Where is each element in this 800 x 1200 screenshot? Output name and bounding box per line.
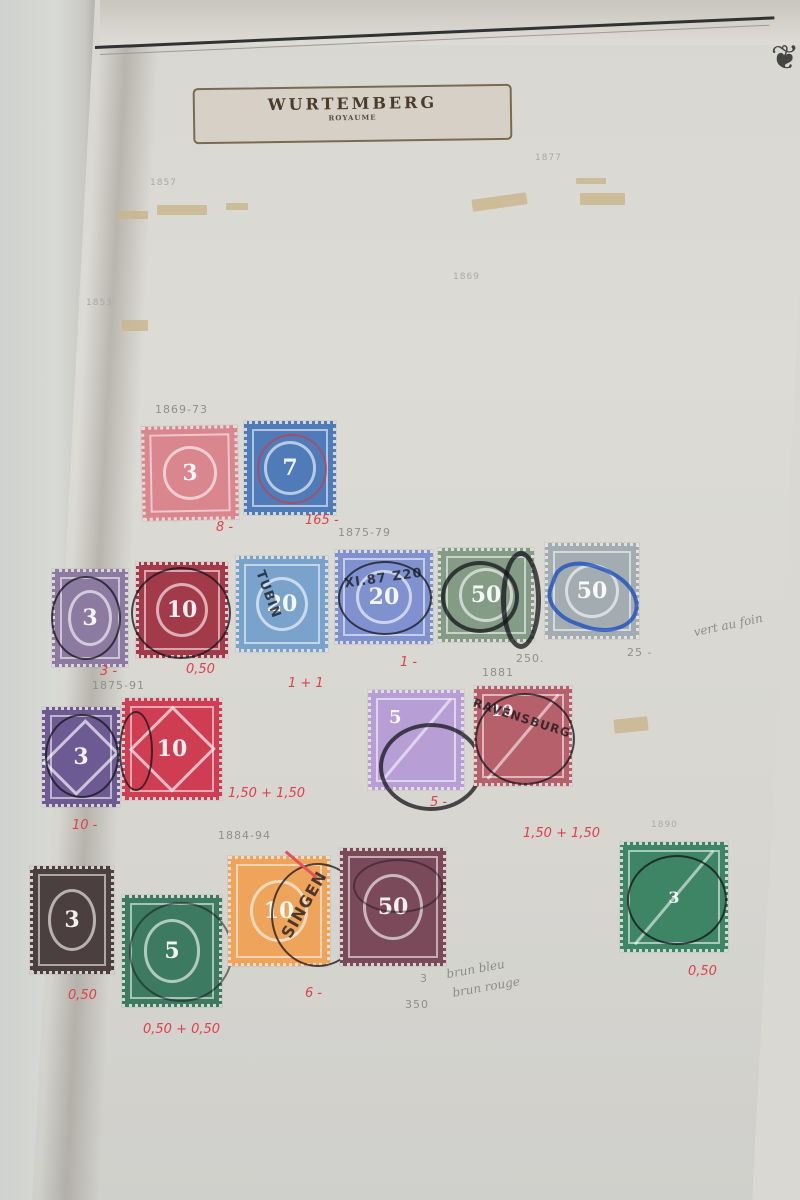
stamp: 5 <box>122 895 222 1007</box>
stamp-denomination: 10 <box>157 736 188 762</box>
hinge-remnant <box>226 203 248 210</box>
stamp: 7 <box>244 421 336 515</box>
stamp: 10 <box>136 562 228 658</box>
stamp-oval: 50 <box>363 874 423 940</box>
stamp: 10 SINGEN <box>228 856 330 966</box>
price-note: 0,50 <box>186 662 215 677</box>
stamp: 50 <box>438 548 534 642</box>
price-note: 10 - <box>72 818 97 833</box>
stamp-denomination: 3 <box>64 907 79 933</box>
pencil-note: 3 <box>420 972 428 985</box>
stamp-denomination: 5 <box>389 707 402 728</box>
stamp-oval: 10 <box>156 583 208 638</box>
pencil-note: 1890 <box>651 820 678 830</box>
stamp-denomination: 50 <box>471 582 502 608</box>
scroll-ornament-icon: ❦ <box>765 38 800 78</box>
stamp-denomination: 3 <box>182 460 198 486</box>
stamp-denomination: 50 <box>577 578 608 604</box>
stamp: 3 <box>52 569 128 667</box>
stamp-oval: 3 <box>68 590 112 646</box>
stamp: 10 RAVENSBURG <box>474 686 572 786</box>
stamp: 20 XI.87 Z20 <box>335 550 433 644</box>
stamp: 3 <box>141 425 239 521</box>
price-note: 6 - <box>305 986 322 1001</box>
stamp: 50 <box>340 848 446 966</box>
price-note: 1 + 1 <box>288 676 324 691</box>
album-title-plate: WURTEMBERG ROYAUME <box>193 84 513 144</box>
price-note: 1,50 + 1,50 <box>523 826 600 841</box>
pencil-note: 1853 <box>86 298 113 308</box>
stamp-oval: 5 <box>144 919 201 982</box>
stamp-denomination: 20 <box>369 584 400 610</box>
stamp: 5 <box>368 690 464 790</box>
price-note: 5 - <box>430 795 447 810</box>
price-note: 0,50 <box>688 964 717 979</box>
stamp-oval: 7 <box>264 441 316 495</box>
stamp: 3 <box>42 707 120 807</box>
hinge-remnant <box>580 193 625 205</box>
hinge-remnant <box>157 205 207 215</box>
stamp-denomination: 7 <box>282 455 297 481</box>
price-note: 165 - <box>305 513 339 528</box>
price-note: 0,50 + 0,50 <box>143 1022 220 1037</box>
stamp-denomination: 5 <box>164 938 179 964</box>
stamp-denomination: 50 <box>378 894 409 920</box>
stamp: 50 <box>545 543 639 639</box>
hinge-remnant <box>118 211 148 219</box>
stamp-denomination: 3 <box>668 888 679 907</box>
pencil-note: 350 <box>405 998 429 1011</box>
pencil-note: 250. <box>516 652 545 665</box>
pencil-note: 1869-73 <box>155 403 208 416</box>
stamp: 20 TUBIN <box>236 556 328 652</box>
stamp-denomination: 3 <box>73 744 88 770</box>
stamp: 10 <box>122 698 222 800</box>
price-note: 1,50 + 1,50 <box>228 786 305 801</box>
pencil-note: 1884-94 <box>218 829 271 842</box>
pencil-note: 1875-79 <box>338 526 391 539</box>
pencil-note: 1877 <box>535 153 562 163</box>
stamp: 3 <box>30 866 114 974</box>
pencil-note: 1857 <box>150 178 177 188</box>
hinge-remnant <box>122 320 148 331</box>
stamp-denomination: 3 <box>82 605 97 631</box>
pencil-note: 1869 <box>453 272 480 282</box>
pencil-note: 25 - <box>627 646 652 659</box>
stamp-oval: 50 <box>565 564 619 619</box>
price-note: 8 - <box>216 520 233 535</box>
pencil-note: 1881 <box>482 666 514 679</box>
pencil-note: 1875-91 <box>92 679 145 692</box>
stamp-oval: 3 <box>48 889 96 950</box>
price-note: 0,50 <box>68 988 97 1003</box>
price-note: 3 - <box>100 664 117 679</box>
stamp-denomination: 10 <box>167 597 198 623</box>
stamp: 3 <box>620 842 728 952</box>
hinge-remnant <box>576 178 606 184</box>
stamp-oval: 50 <box>459 568 514 622</box>
price-note: 1 - <box>400 655 417 670</box>
